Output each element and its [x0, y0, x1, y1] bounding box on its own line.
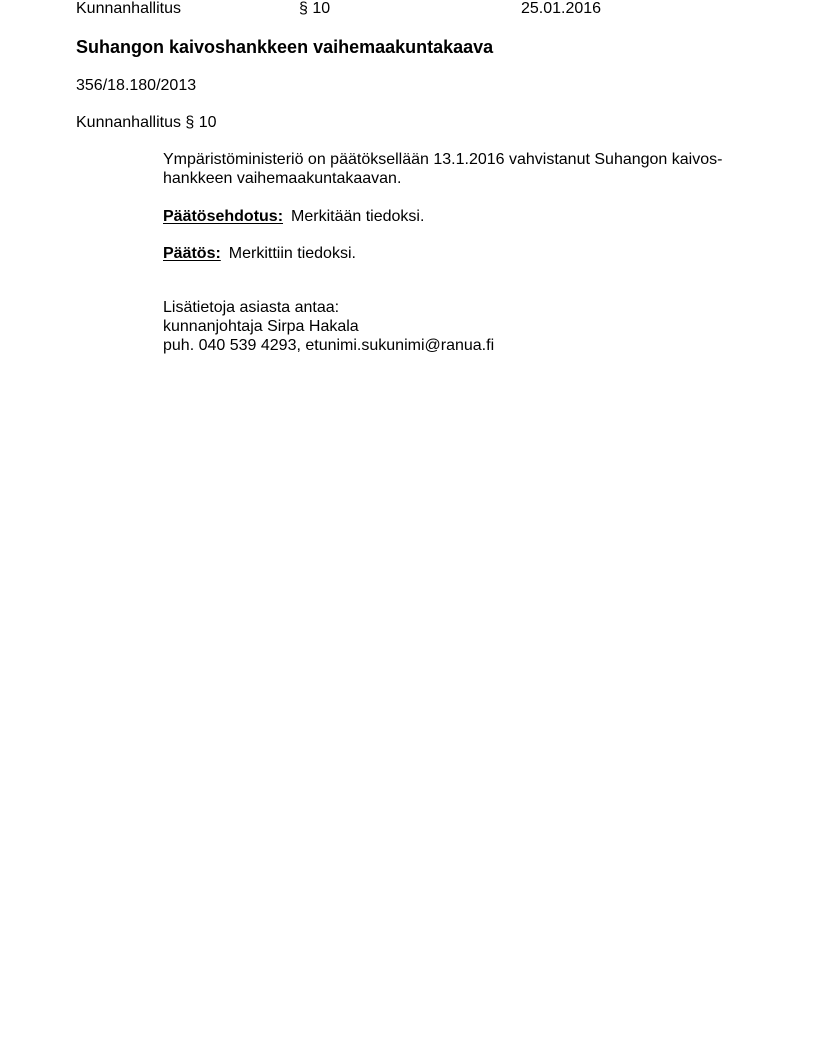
- decision-label: Päätös:: [163, 245, 221, 262]
- header-body-name: Kunnanhallitus: [76, 0, 181, 18]
- body-paragraph-line: Ympäristöministeriö on päätöksellään 13.…: [163, 150, 722, 169]
- decision-text: Merkittiin tiedoksi.: [229, 245, 356, 262]
- contact-details: puh. 040 539 4293, etunimi.sukunimi@ranu…: [163, 336, 494, 355]
- contact-intro: Lisätietoja asiasta antaa:: [163, 298, 494, 317]
- document-number: 356/18.180/2013: [76, 76, 196, 95]
- decision: Päätös:Merkittiin tiedoksi.: [163, 244, 356, 263]
- body-paragraph: Ympäristöministeriö on päätöksellään 13.…: [163, 150, 722, 188]
- header-date: 25.01.2016: [521, 0, 601, 18]
- page-title: Suhangon kaivoshankkeen vaihemaakuntakaa…: [76, 37, 493, 58]
- contact-person: kunnanjohtaja Sirpa Hakala: [163, 317, 494, 336]
- decision-proposal: Päätösehdotus:Merkitään tiedoksi.: [163, 207, 424, 226]
- contact-info: Lisätietoja asiasta antaa: kunnanjohtaja…: [163, 298, 494, 355]
- proposal-label: Päätösehdotus:: [163, 208, 283, 225]
- proposal-text: Merkitään tiedoksi.: [291, 208, 424, 225]
- body-paragraph-line: hankkeen vaihemaakuntakaavan.: [163, 169, 722, 188]
- section-reference: Kunnanhallitus § 10: [76, 113, 217, 132]
- header-paragraph: § 10: [299, 0, 330, 18]
